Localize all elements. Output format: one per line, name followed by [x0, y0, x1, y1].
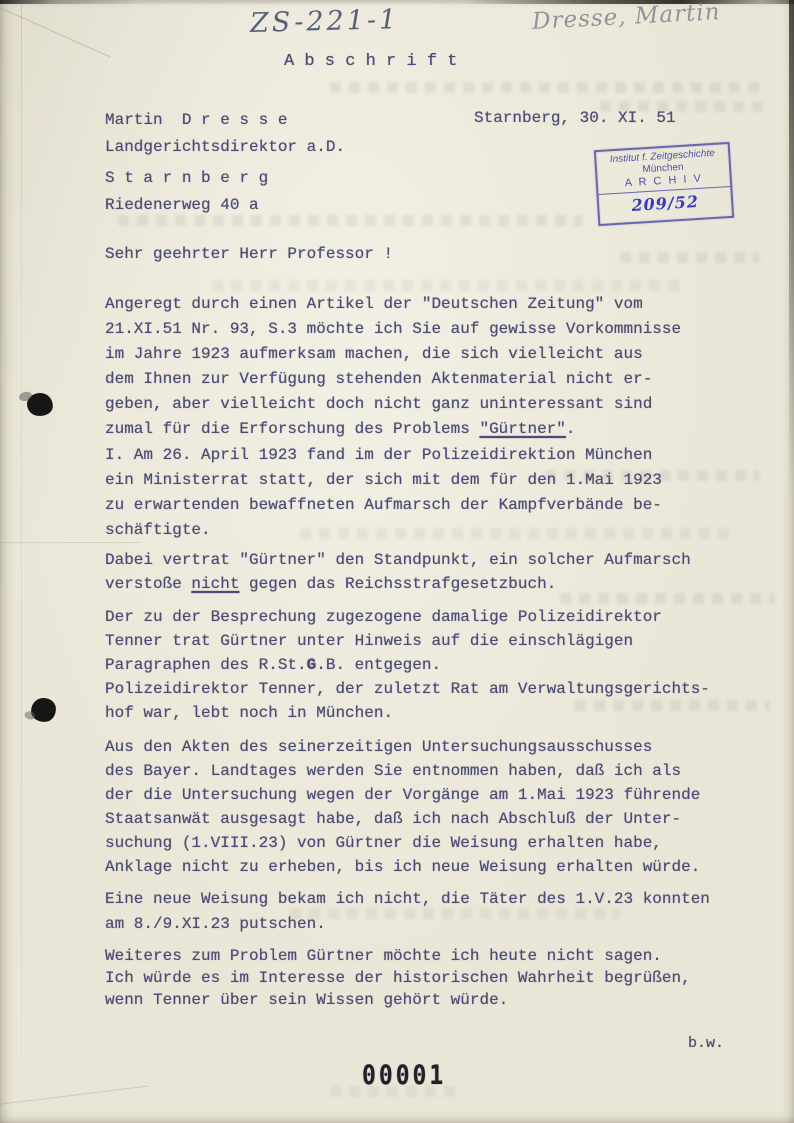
letter-line: Ich würde es im Interesse der historisch…	[105, 967, 691, 989]
handwritten-archive-ref: ZS-221-1	[250, 4, 400, 39]
archive-stamp: Institut f. Zeitgeschichte München A R C…	[594, 142, 734, 226]
page-number-stamp: 00001	[362, 1061, 446, 1091]
letter-line: Tenner trat Gürtner unter Hinweis auf di…	[105, 629, 710, 653]
letter-line: Polizeidirektor Tenner, der zuletzt Rat …	[105, 677, 710, 701]
salutation: Sehr geehrter Herr Professor !	[105, 245, 393, 263]
letter-line: I. Am 26. April 1923 fand im der Polizei…	[105, 443, 662, 468]
bleedthrough-mark	[212, 280, 682, 291]
letter-paragraph: Dabei vertrat "Gürtner" den Standpunkt, …	[105, 548, 691, 596]
turn-over-note: b.w.	[688, 1035, 724, 1052]
letter-line: Staatsanwät ausgesagt habe, daß ich nach…	[105, 807, 700, 831]
sender-title: Landgerichtsdirektor a.D.	[105, 138, 345, 156]
punch-hole	[26, 391, 55, 417]
paper-crease-left	[21, 0, 22, 1123]
letter-line: verstoße nicht gegen das Reichsstrafgese…	[105, 572, 691, 596]
letter-paragraph: Aus den Akten des seinerzeitigen Untersu…	[105, 735, 700, 879]
letter-line: geben, aber vielleicht doch nicht ganz u…	[105, 392, 681, 417]
letter-line: am 8./9.XI.23 putschen.	[105, 912, 710, 937]
letter-line: Anklage nicht zu erheben, bis ich neue W…	[105, 855, 700, 879]
bleedthrough-mark	[330, 82, 760, 93]
letter-paragraph: Weiteres zum Problem Gürtner möchte ich …	[105, 945, 691, 1011]
letter-line: dem Ihnen zur Verfügung stehenden Aktenm…	[105, 367, 681, 392]
scanned-letter-page: ZS-221-1 Dresse, Martin A b s c h r i f …	[0, 0, 794, 1123]
letter-line: des Bayer. Landtages werden Sie entnomme…	[105, 759, 700, 783]
letter-line: 21.XI.51 Nr. 93, S.3 möchte ich Sie auf …	[105, 317, 681, 342]
letter-line: Weiteres zum Problem Gürtner möchte ich …	[105, 945, 691, 967]
letter-line: der die Untersuchung wegen der Vorgänge …	[105, 783, 700, 807]
letter-line: Eine neue Weisung bekam ich nicht, die T…	[105, 887, 710, 912]
punch-hole	[30, 697, 57, 723]
stamp-reference-number: 209/52	[599, 187, 732, 217]
letter-line: hof war, lebt noch in München.	[105, 701, 710, 725]
letter-line: wenn Tenner über sein Wissen gehört würd…	[105, 989, 691, 1011]
document-type-heading: A b s c h r i f t	[284, 52, 457, 71]
letter-line: suchung (1.VIII.23) von Gürtner die Weis…	[105, 831, 700, 855]
date-line: Starnberg, 30. XI. 51	[474, 109, 676, 127]
bleedthrough-mark	[620, 252, 760, 263]
letter-line: ein Ministerrat statt, der sich mit dem …	[105, 468, 662, 493]
handwritten-name-note: Dresse, Martin	[531, 0, 721, 35]
paper-crease-top	[0, 4, 111, 58]
letter-line: Dabei vertrat "Gürtner" den Standpunkt, …	[105, 548, 691, 572]
letter-line: schäftigte.	[105, 518, 662, 543]
sender-street: Riedenerweg 40 a	[105, 196, 259, 214]
letter-line: Aus den Akten des seinerzeitigen Untersu…	[105, 735, 700, 759]
sender-city: S t a r n b e r g	[105, 169, 268, 187]
letter-paragraph: Der zu der Besprechung zugezogene damali…	[105, 605, 710, 725]
letter-line: Der zu der Besprechung zugezogene damali…	[105, 605, 710, 629]
letter-paragraph: Eine neue Weisung bekam ich nicht, die T…	[105, 887, 710, 937]
letter-paragraph: I. Am 26. April 1923 fand im der Polizei…	[105, 443, 662, 543]
letter-paragraph: Angeregt durch einen Artikel der "Deutsc…	[105, 292, 681, 442]
bleedthrough-mark	[118, 215, 583, 226]
sender-name: Martin D r e s s e	[105, 111, 287, 129]
letter-line: im Jahre 1923 aufmerksam machen, die sic…	[105, 342, 681, 367]
letter-line: Paragraphen des R.St.G.B. entgegen.	[105, 653, 710, 677]
scan-edge-right	[789, 0, 794, 494]
letter-line: zu erwartenden bewaffneten Aufmarsch der…	[105, 493, 662, 518]
letter-line: Angeregt durch einen Artikel der "Deutsc…	[105, 292, 681, 317]
letter-line: zumal für die Erforschung des Problems "…	[105, 417, 681, 442]
paper-crease-bottom	[0, 1086, 147, 1108]
